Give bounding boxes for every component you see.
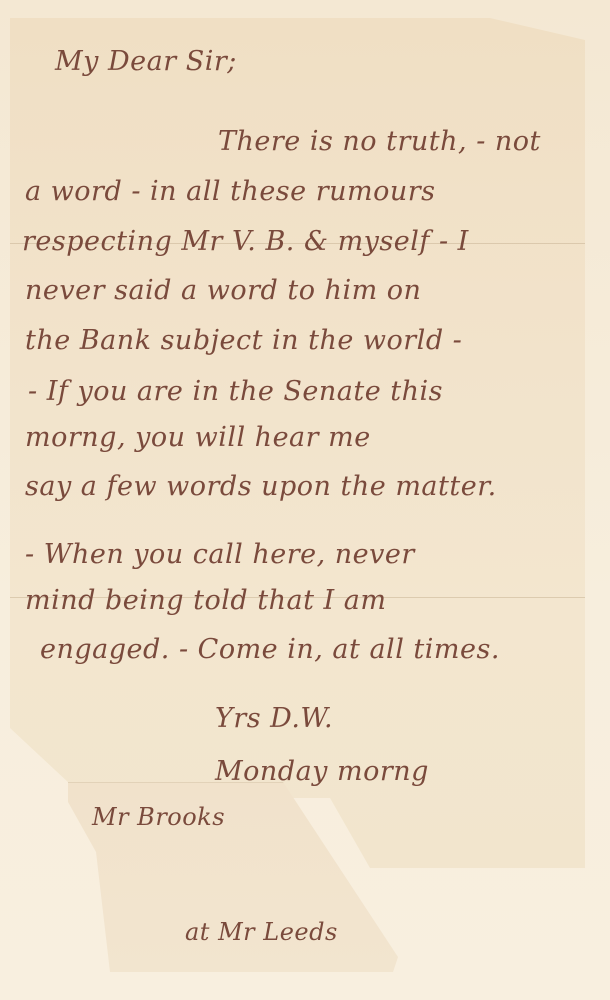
- letter-line: morng, you will hear me: [25, 424, 371, 451]
- address-recipient: Mr Brooks: [92, 805, 225, 829]
- salutation: My Dear Sir;: [55, 48, 237, 75]
- address-location: at Mr Leeds: [185, 920, 338, 944]
- dateline: Monday morng: [215, 758, 429, 785]
- letter-line: mind being told that I am: [25, 587, 386, 614]
- signature: Yrs D.W.: [215, 705, 333, 732]
- letter-line: a word - in all these rumours: [25, 178, 436, 205]
- letter-line: say a few words upon the matter.: [25, 473, 497, 500]
- letter-line: never said a word to him on: [25, 277, 421, 304]
- letter-line: - When you call here, never: [25, 541, 415, 568]
- letter-line: respecting Mr V. B. & myself - I: [22, 228, 469, 255]
- letter-line: the Bank subject in the world -: [25, 327, 462, 354]
- letter-line: There is no truth, - not: [218, 128, 541, 155]
- letter-line: engaged. - Come in, at all times.: [40, 636, 500, 663]
- letter-line: - If you are in the Senate this: [28, 378, 443, 405]
